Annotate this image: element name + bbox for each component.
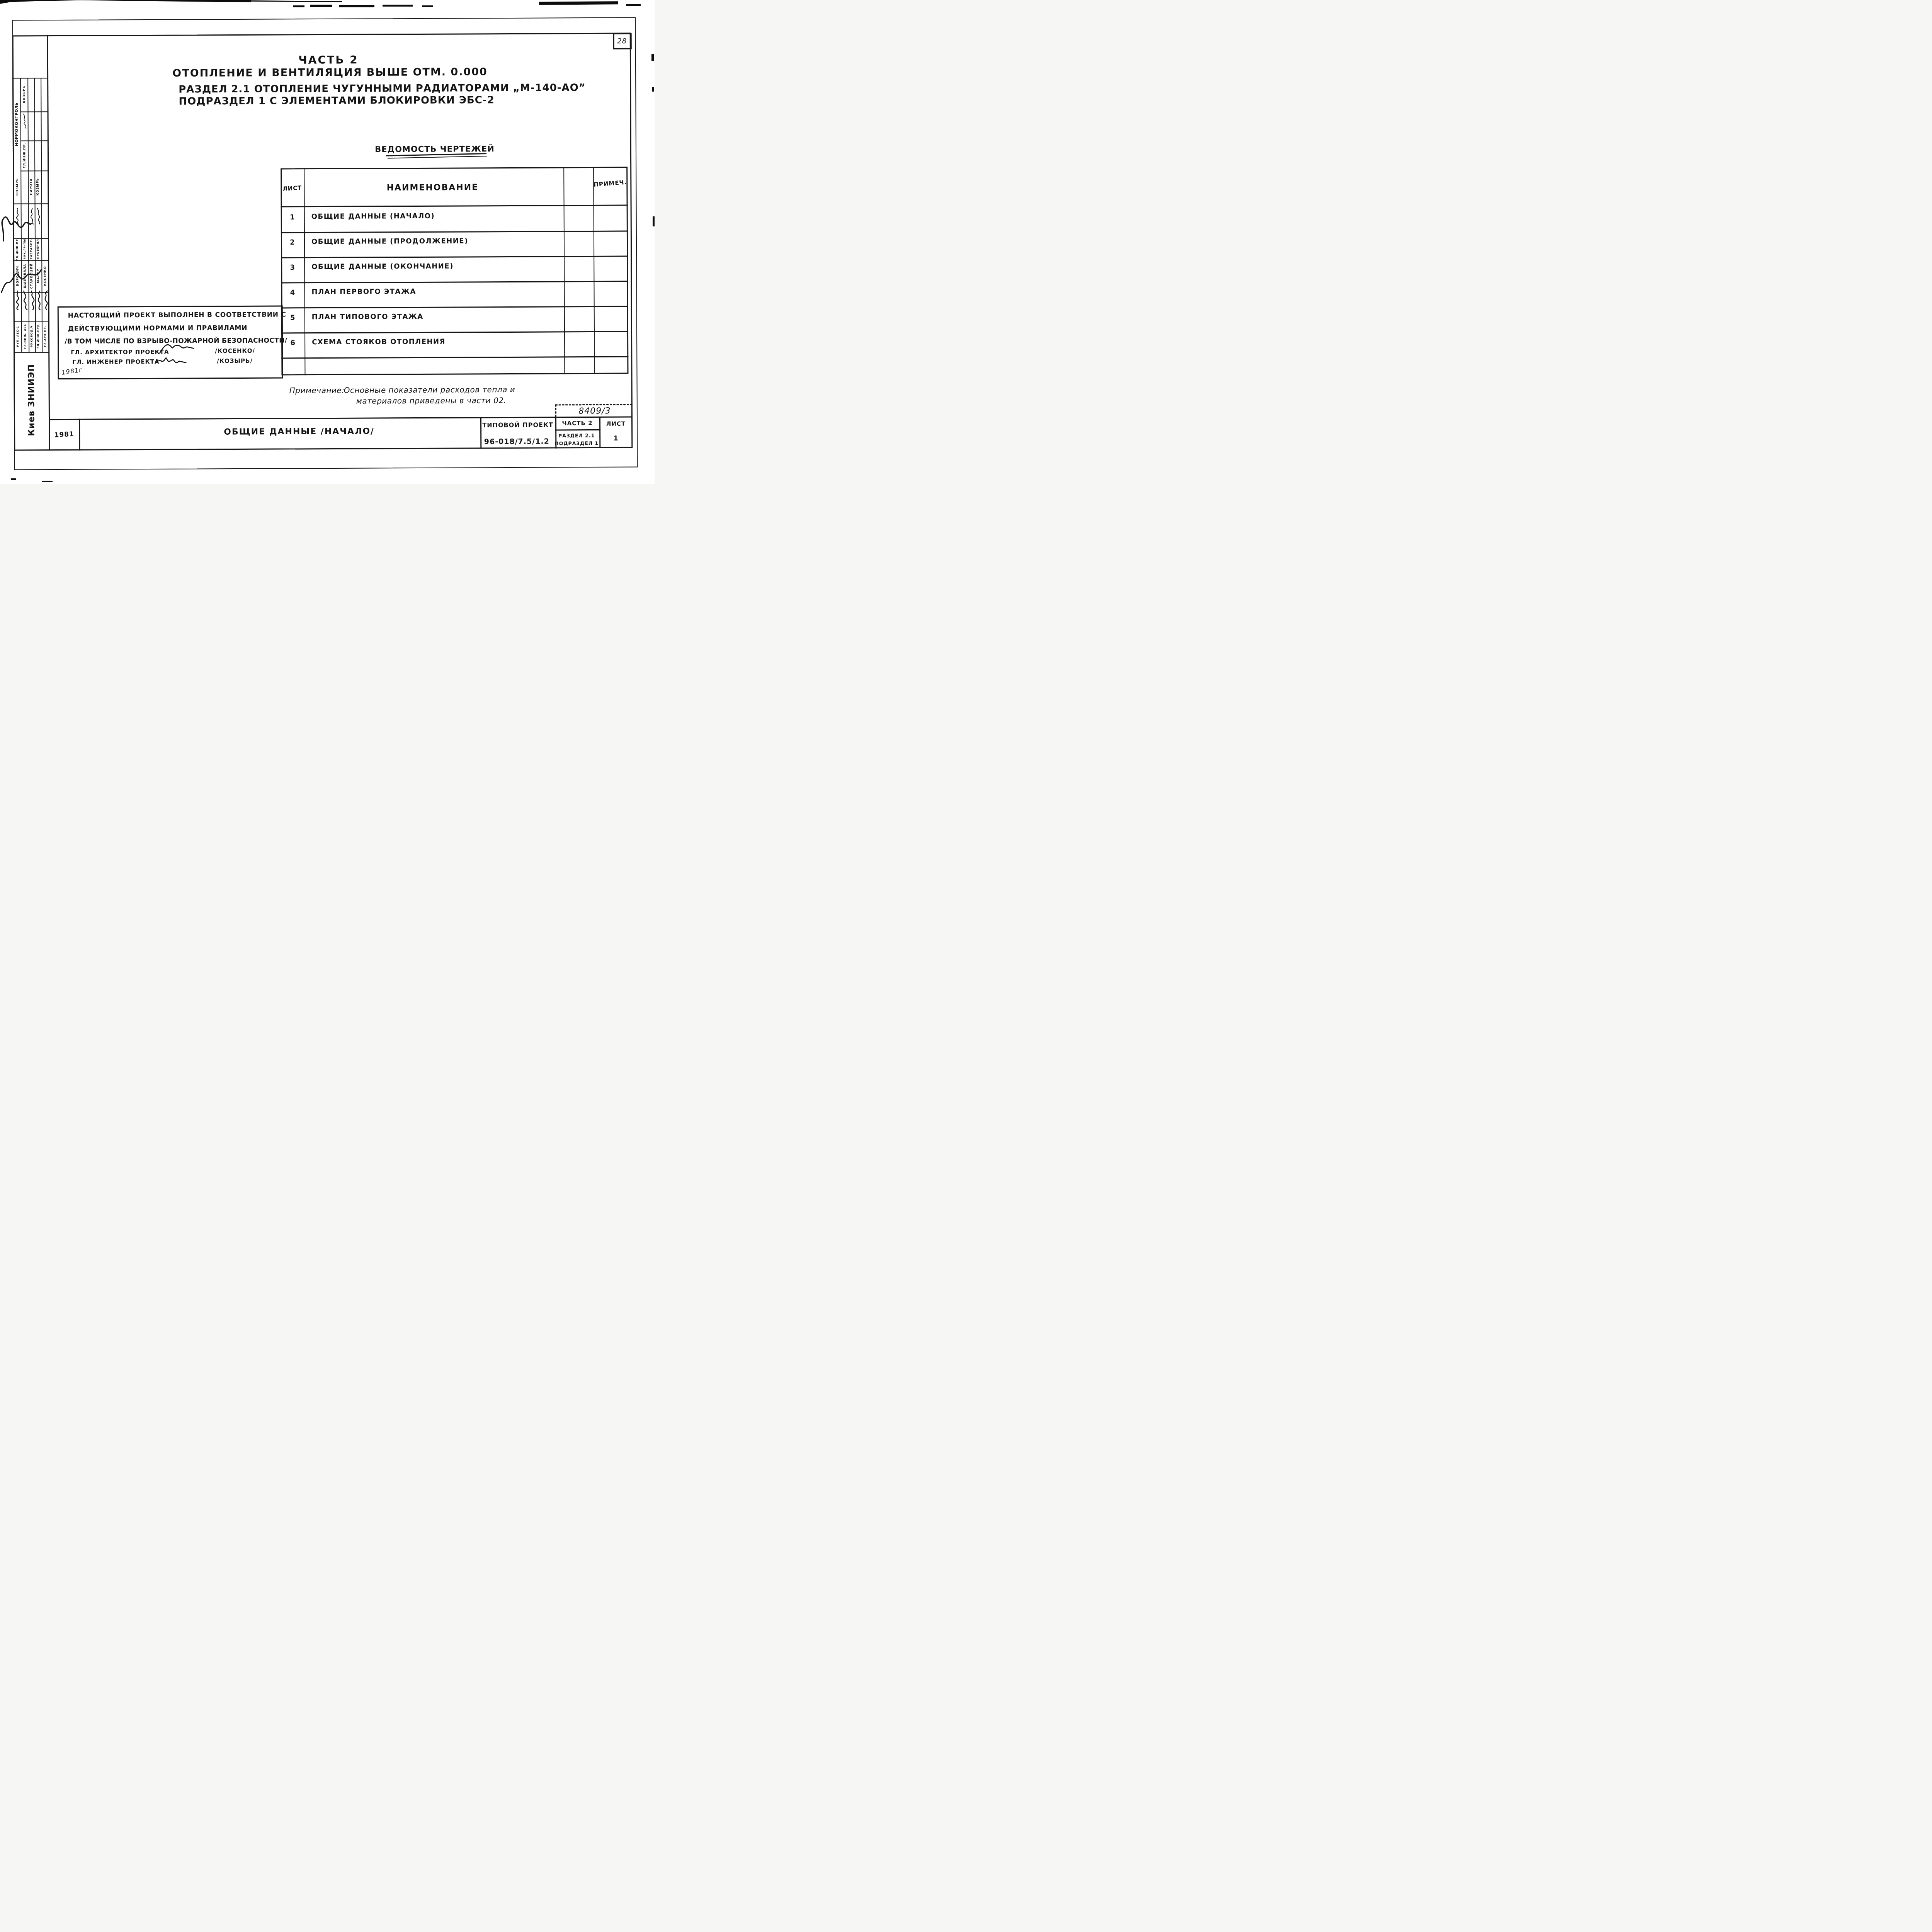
row-name: ПЛАН ПЕРВОГО ЭТАЖА	[312, 287, 416, 296]
org-name: Киев ЗНИИЭП	[27, 364, 37, 436]
titleblock-sheet-number: 1	[614, 435, 619, 442]
stamp-label: СИРОТА	[29, 179, 33, 195]
remark-text: материалов приведены в части 02.	[356, 396, 507, 406]
signature	[154, 354, 187, 367]
titleblock-project-type: ТИПОВОЙ ПРОЕКТ	[482, 421, 553, 429]
title-subsection: ПОДРАЗДЕЛ 1 С ЭЛЕМЕНТАМИ БЛОКИРОВКИ ЭБС-…	[179, 94, 494, 107]
stamp-label: РУК.ГР-ПЫ	[23, 239, 26, 260]
note-signer-name: /КОСЕНКО/	[215, 347, 255, 354]
title-main: ОТОПЛЕНИЕ И ВЕНТИЛЯЦИЯ ВЫШЕ ОТМ. 0.000	[172, 66, 488, 80]
remark-text: Основные показатели расходов тепла и	[344, 385, 515, 395]
row-sheet-number: 4	[290, 289, 296, 297]
stamp-label: ГЛ.ИНЖ. АЕС	[24, 324, 27, 349]
stamp-label: КОЗЫРЬ	[36, 178, 39, 196]
title-part: ЧАСТЬ 2	[298, 53, 359, 66]
stamp-label: РУК. АЕС-1	[16, 326, 19, 347]
row-sheet-number: 3	[290, 264, 295, 272]
remark-label: Примечание:	[289, 386, 345, 395]
signature	[22, 290, 29, 310]
stamp-label: РАЗРАБОТ.	[30, 238, 33, 259]
scanned-drawing-sheet: НОРМОКОНТРОЛЬ КОЗЫРЬ ГЛ.ИНЖ.ПР. КОЗЫРЬ С…	[0, 0, 655, 484]
stamp-label: ГЛ.ИНЖ.ПР.	[16, 238, 19, 261]
drawing-list-title: ВЕДОМОСТЬ ЧЕРТЕЖЕЙ	[375, 144, 495, 154]
note-signer-name: /КОЗЫРЬ/	[217, 357, 253, 364]
row-sheet-number: 2	[290, 238, 295, 247]
grid-line	[13, 203, 49, 204]
note-line: НАСТОЯЩИЙ ПРОЕКТ ВЫПОЛНЕН В СООТВЕТСТВИИ…	[68, 311, 286, 319]
stamp-label: ГЛ.АРХ.ПР.	[44, 326, 47, 347]
stamp-label: КОЗЫРЬ	[15, 178, 19, 196]
titleblock-subsection: ПОДРАЗДЕЛ 1	[554, 440, 599, 446]
col-header-name: НАИМЕНОВАНИЕ	[387, 183, 479, 193]
signature	[158, 343, 195, 354]
row-name: ОБЩИЕ ДАННЫЕ (НАЧАЛО)	[311, 212, 435, 221]
row-name: ОБЩИЕ ДАННЫЕ (ОКОНЧАНИЕ)	[311, 262, 454, 271]
signature	[43, 290, 50, 310]
row-name: ПЛАН ТИПОВОГО ЭТАЖА	[312, 313, 423, 321]
stamp-label: ПРОВЕРИЛ	[36, 239, 39, 259]
titleblock-section: РАЗДЕЛ 2.1	[558, 432, 595, 438]
row-sheet-number: 1	[290, 213, 295, 221]
row-sheet-number: 5	[290, 314, 296, 322]
stamp-label: КОЗЫРЬ	[22, 86, 26, 103]
stamp-label: РУКОВОД.Ч	[30, 325, 33, 347]
grid-line	[14, 321, 49, 321]
page-number: 28	[617, 37, 627, 45]
titleblock-part: ЧАСТЬ 2	[562, 420, 592, 427]
col-header-sheet: ЛИСТ	[282, 184, 302, 192]
archive-number: 8409/3	[578, 406, 611, 416]
titleblock-year: 1981	[54, 430, 74, 439]
row-sheet-number: 6	[290, 339, 296, 347]
grid-line	[12, 78, 48, 78]
stamp-label: ГЛ.ИНЖ.ОТД	[37, 324, 40, 349]
titleblock-line	[599, 417, 600, 448]
stamp-label: ГЛ.ИНЖ.ПР.	[22, 143, 26, 168]
signature	[14, 290, 22, 311]
stamp-label: НОРМОКОНТРОЛЬ	[15, 102, 19, 146]
titleblock-sheet-label: ЛИСТ	[606, 420, 626, 427]
signature	[22, 113, 28, 129]
row-name: СХЕМА СТОЯКОВ ОТОПЛЕНИЯ	[312, 338, 446, 347]
signature	[36, 290, 44, 311]
titleblock-sheet-title: ОБЩИЕ ДАННЫЕ /НАЧАЛО/	[224, 427, 374, 437]
note-line: ДЕЙСТВУЮЩИМИ НОРМАМИ И ПРАВИЛАМИ	[68, 324, 247, 333]
row-name: ОБЩИЕ ДАННЫЕ (ПРОДОЛЖЕНИЕ)	[311, 237, 468, 246]
titleblock-line	[480, 417, 481, 449]
titleblock-line	[555, 429, 600, 431]
sheet-content: НОРМОКОНТРОЛЬ КОЗЫРЬ ГЛ.ИНЖ.ПР. КОЗЫРЬ С…	[0, 0, 655, 484]
title-section: РАЗДЕЛ 2.1 ОТОПЛЕНИЕ ЧУГУННЫМИ РАДИАТОРА…	[179, 82, 586, 95]
signature	[36, 207, 43, 225]
titleblock-line	[79, 419, 80, 451]
grid-line	[14, 352, 49, 353]
note-signer-role: ГЛ. ИНЖЕНЕР ПРОЕКТА	[72, 358, 159, 366]
titleblock-project-number: 96-018/7.5/1.2	[484, 437, 549, 446]
